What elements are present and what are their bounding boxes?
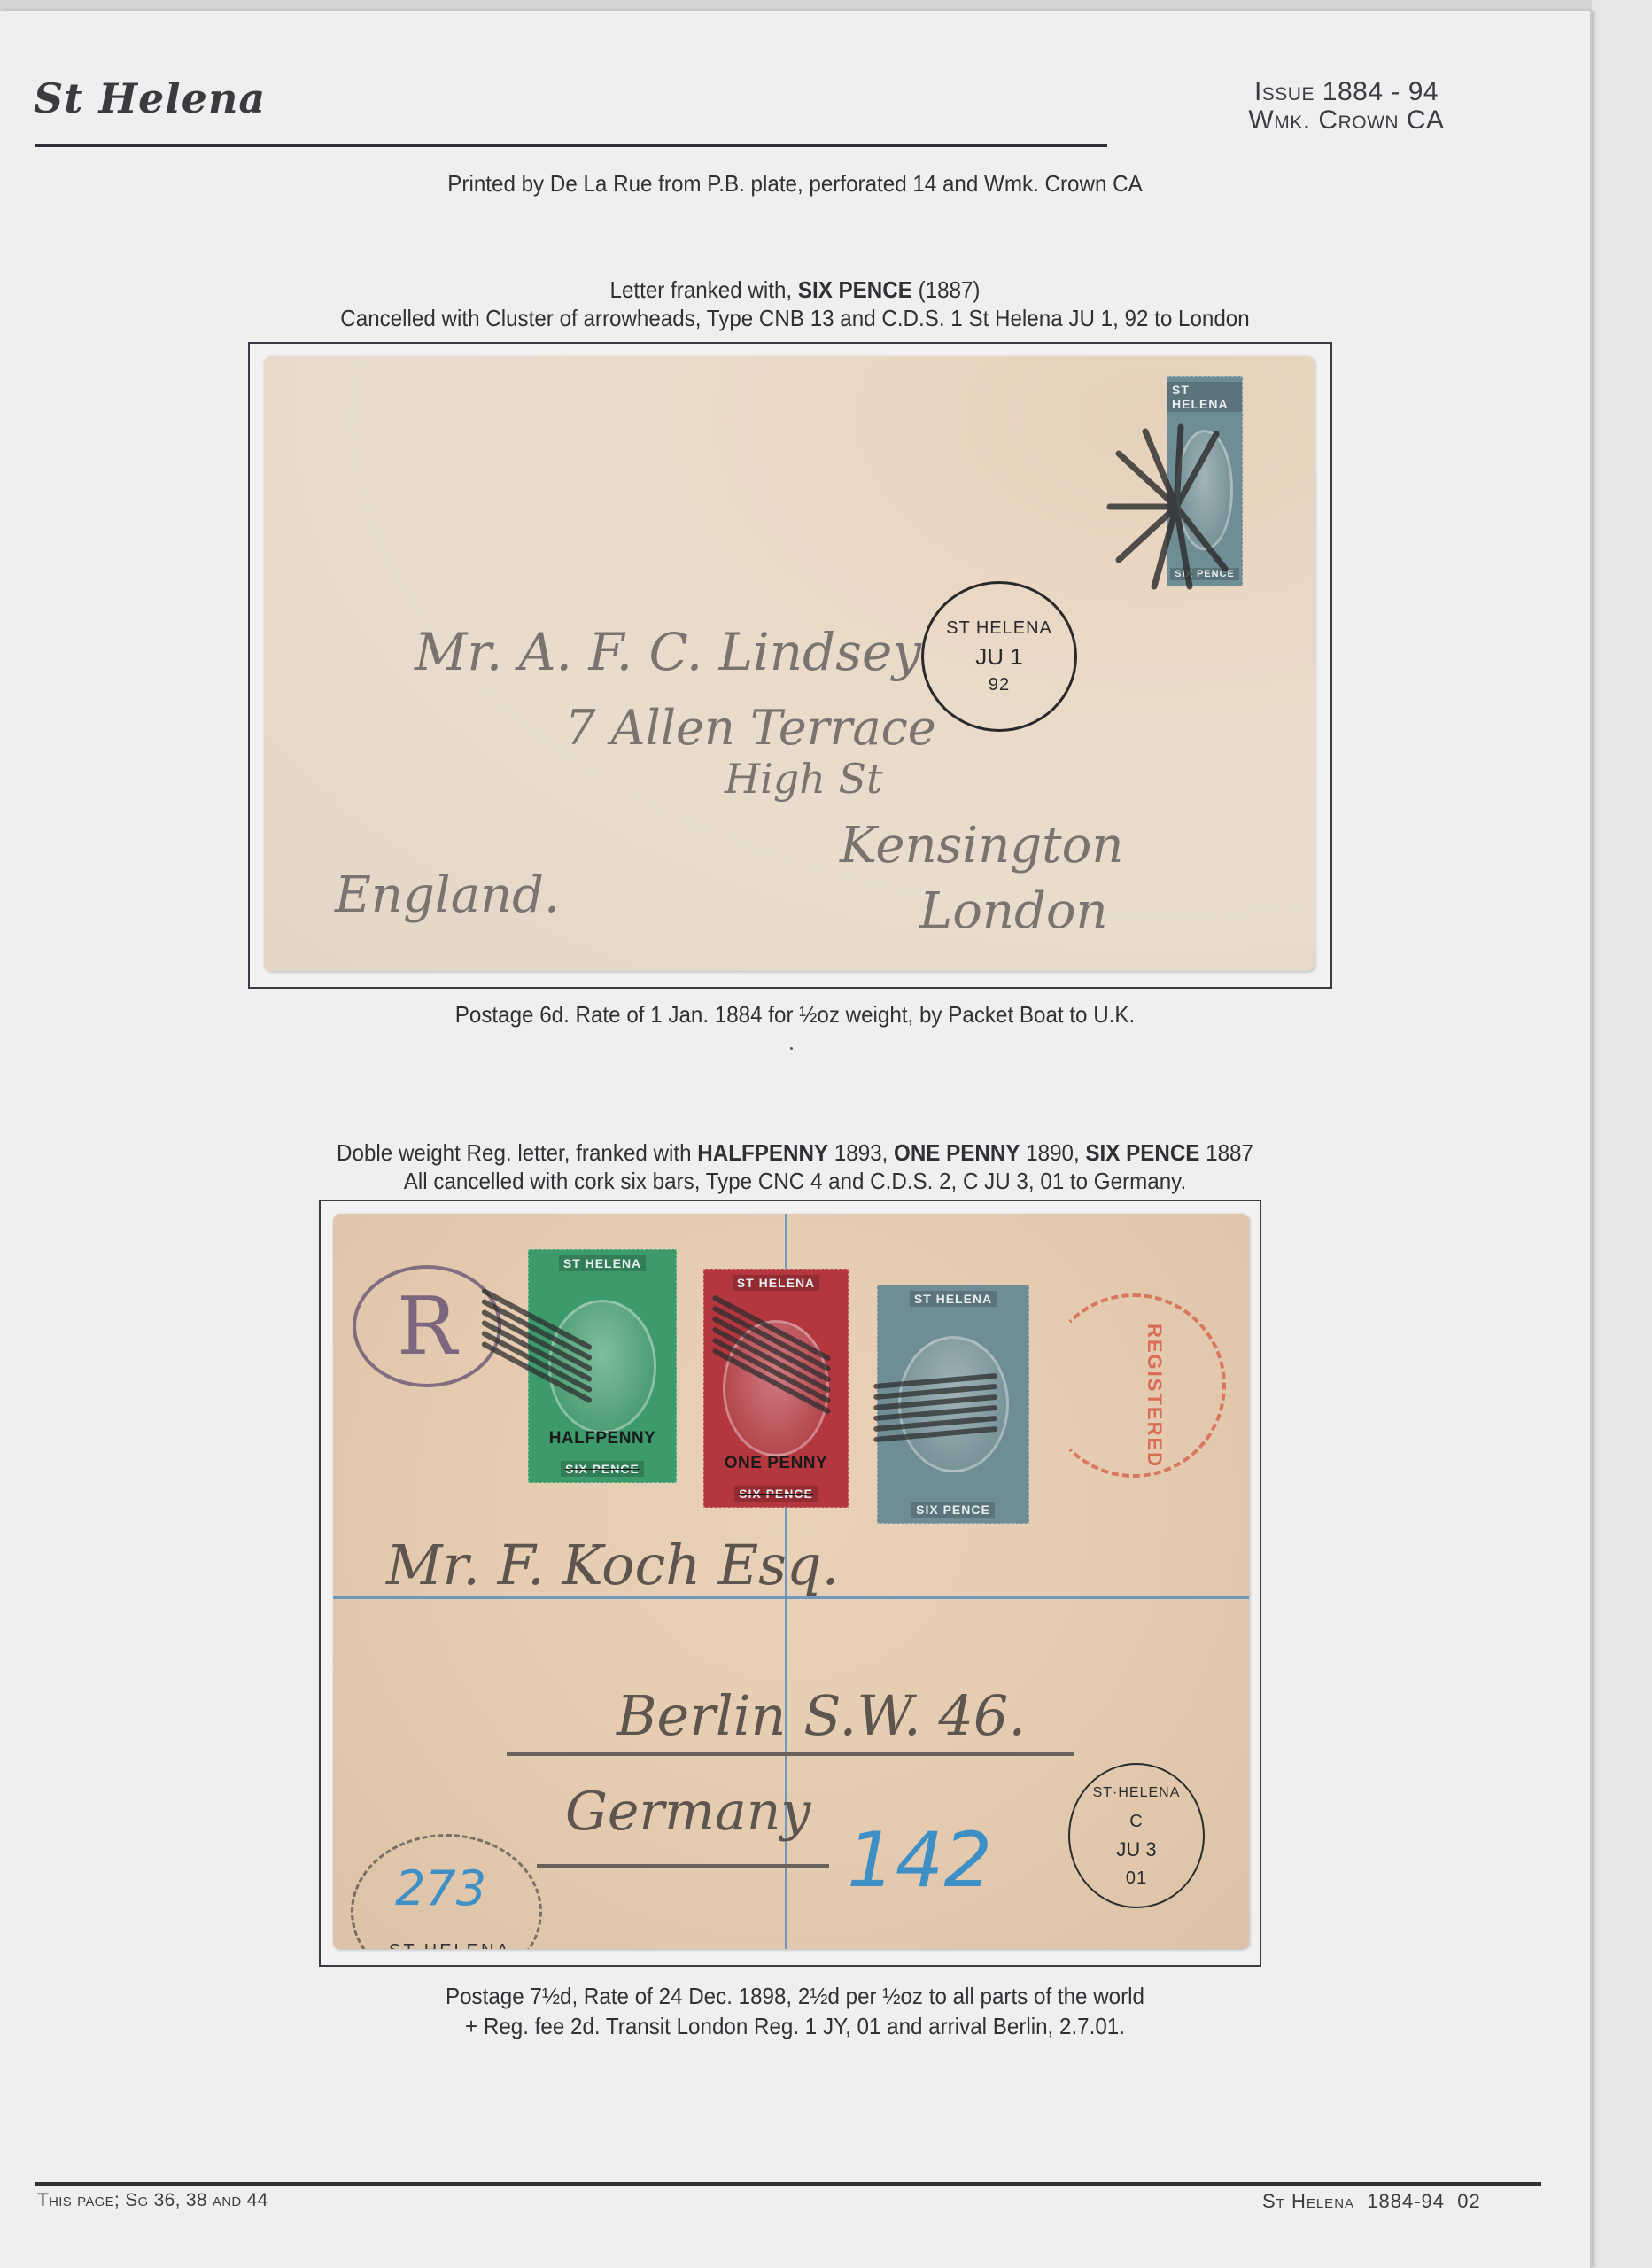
watermark-label: Wmk. Crown CA (1187, 106, 1506, 135)
caption-text: Doble weight Reg. letter, franked with (337, 1139, 697, 1166)
stamp-surcharge: ONE PENNY (704, 1454, 848, 1473)
red-cancel-text: REGISTERED (1143, 1324, 1166, 1468)
address-district: Kensington (840, 817, 1123, 874)
cds-year: 92 (989, 671, 1010, 699)
cover2-envelope: R ST HELENA HALFPENNY SIX PENCE ST HELEN… (333, 1214, 1249, 1949)
stamp-value: SIX PENCE (734, 1486, 818, 1502)
underline (537, 1864, 829, 1868)
stamp-value: SIX PENCE (911, 1502, 995, 1518)
cds-town: ST HELENA (946, 614, 1052, 642)
cover1-caption-1: Letter franked with, SIX PENCE (1887) (56, 275, 1534, 305)
cover1-footnote: Postage 6d. Rate of 1 Jan. 1884 for ½oz … (56, 999, 1534, 1029)
caption-bold: ONE PENNY (894, 1139, 1020, 1166)
stamp-country: ST HELENA (733, 1275, 819, 1291)
cover2-frame: R ST HELENA HALFPENNY SIX PENCE ST HELEN… (319, 1200, 1261, 1967)
caption-text: 1887 (1199, 1139, 1253, 1166)
caption-bold: HALFPENNY (697, 1139, 828, 1166)
partial-registration-cancel: ST HELENA (351, 1834, 542, 1949)
cover2-caption-1: Doble weight Reg. letter, franked with H… (56, 1138, 1534, 1168)
address-country: Germany (565, 1781, 810, 1843)
page-title: St Helena (34, 74, 266, 122)
caption-text: 1893, (828, 1139, 894, 1166)
cover1-caption-2: Cancelled with Cluster of arrowheads, Ty… (56, 303, 1534, 333)
cancel-text: ST HELENA (389, 1941, 511, 1949)
cover2-caption-2: All cancelled with cork six bars, Type C… (56, 1166, 1534, 1196)
cover1-frame: ST HELENA SIX PENCE ST HELENA JU 1 92 (248, 342, 1332, 989)
scan-margin (1592, 0, 1652, 2268)
caption-bold: SIX PENCE (1085, 1139, 1199, 1166)
cds-date: JU 1 (975, 642, 1022, 671)
arrowhead-cluster-cancel-icon (1092, 418, 1260, 595)
cork-bars-cancel-icon (475, 1311, 599, 1380)
cds-year: 01 (1126, 1864, 1147, 1892)
caption-text: (1887) (912, 276, 981, 303)
blue-crayon-number: 142 (847, 1816, 992, 1905)
album-page: St Helena Issue 1884 - 94 Wmk. Crown CA … (0, 11, 1592, 2268)
cork-bars-cancel-icon (705, 1320, 838, 1389)
address-line: High St (725, 755, 883, 803)
address-name: Mr. A. F. C. Lindsey (415, 622, 921, 682)
address-city: London (919, 882, 1108, 940)
red-registered-cancel: REGISTERED (1042, 1293, 1226, 1478)
caption-bold: SIX PENCE (798, 276, 912, 303)
stamp-value: SIX PENCE (561, 1461, 644, 1477)
cds-code: C (1129, 1807, 1143, 1836)
cds-postmark: ST·HELENA C JU 3 01 (1068, 1763, 1205, 1908)
issue-years: Issue 1884 - 94 (1187, 78, 1506, 106)
stamp-country: ST HELENA (1167, 382, 1242, 412)
caption-text: 1890, (1020, 1139, 1085, 1166)
cds-date: JU 3 (1116, 1836, 1156, 1864)
cover2-footnote-1: Postage 7½d, Rate of 24 Dec. 1898, 2½d p… (56, 1981, 1534, 2011)
title-rule (35, 144, 1107, 147)
stamp-country: ST HELENA (559, 1255, 646, 1271)
underline (507, 1752, 1074, 1756)
stamp-country: ST HELENA (910, 1291, 997, 1307)
speck (790, 1047, 793, 1050)
scan-edge (0, 0, 1652, 11)
footer-catalogue-ref: This page; Sg 36, 38 and 44 (37, 2190, 268, 2211)
cds-town: ST·HELENA (1093, 1779, 1181, 1807)
address-name: Mr. F. Koch Esq. (386, 1533, 839, 1597)
cover2-footnote-2: + Reg. fee 2d. Transit London Reg. 1 JY,… (56, 2011, 1534, 2041)
caption-text: Letter franked with, (609, 276, 797, 303)
registered-mark: R (397, 1280, 457, 1373)
footer-page-id: St Helena 1884-94 02 (1262, 2190, 1481, 2213)
intro-text: Printed by De La Rue from P.B. plate, pe… (56, 168, 1534, 198)
address-city: Berlin S.W. 46. (617, 1683, 1026, 1748)
issue-heading: Issue 1884 - 94 Wmk. Crown CA (1187, 78, 1506, 135)
footer-rule (35, 2182, 1541, 2186)
address-country: England. (335, 866, 560, 924)
stamp-surcharge: HALFPENNY (529, 1429, 676, 1449)
address-street: 7 Allen Terrace (565, 700, 936, 756)
cover1-envelope: ST HELENA SIX PENCE ST HELENA JU 1 92 (264, 356, 1315, 971)
cork-bars-cancel-icon (873, 1373, 997, 1442)
cds-postmark: ST HELENA JU 1 92 (921, 581, 1077, 732)
